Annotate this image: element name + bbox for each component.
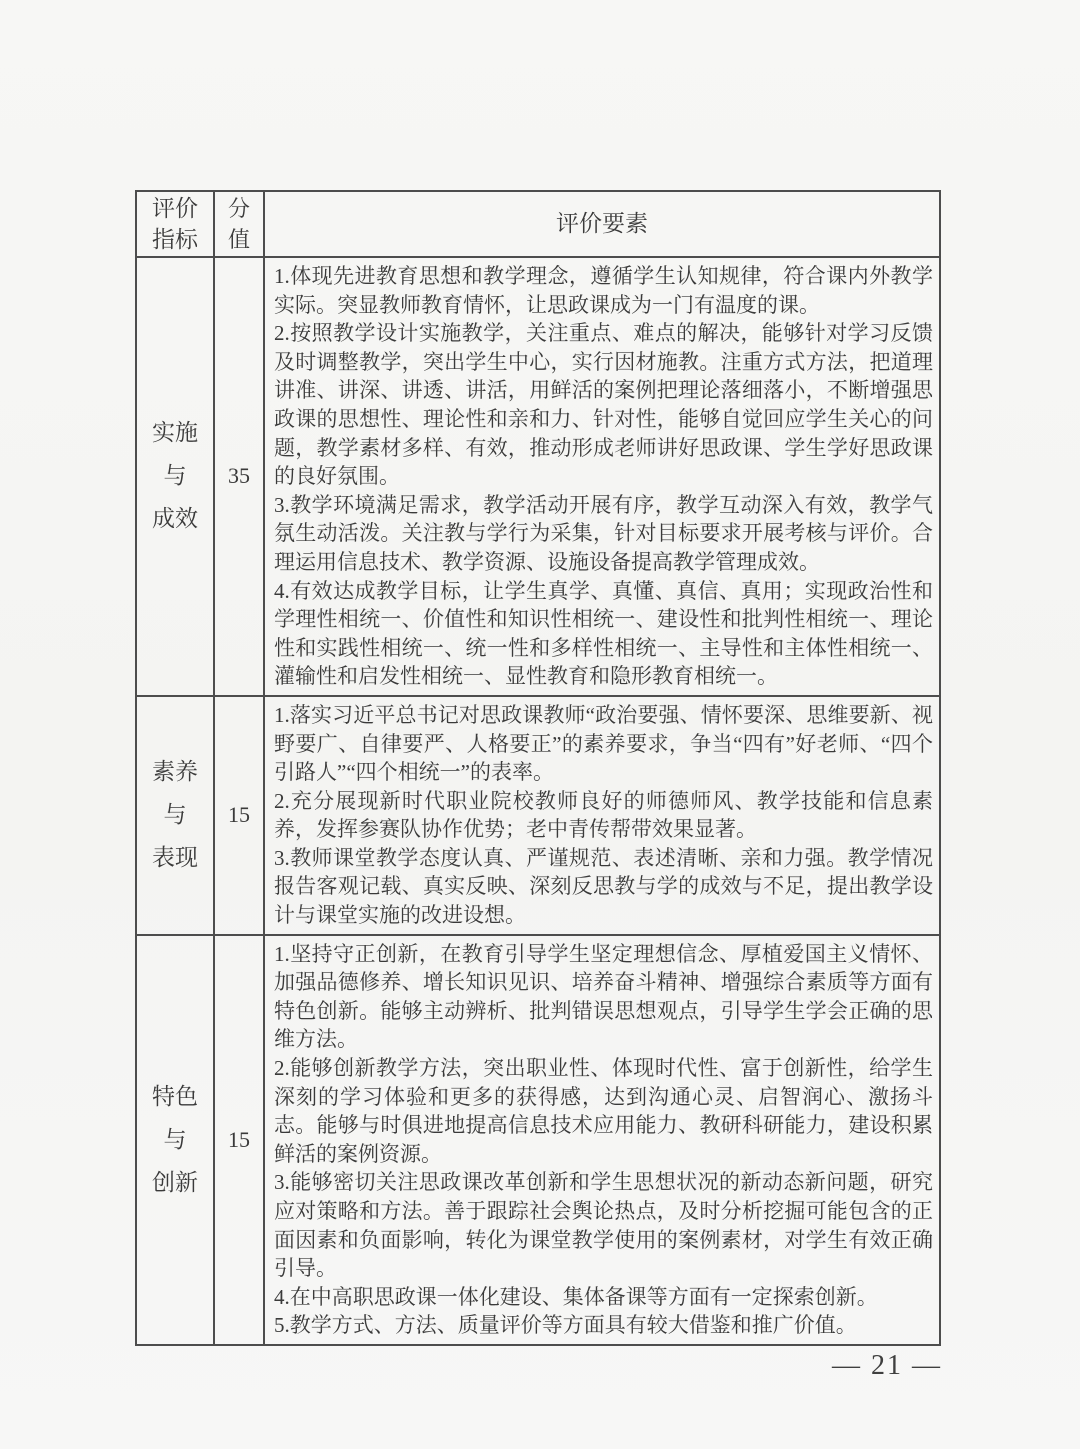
criteria-item: 5.教学方式、方法、质量评价等方面具有较大借鉴和推广价值。 (274, 1311, 933, 1340)
criteria-item: 3.教师课堂教学态度认真、严谨规范、表述清晰、亲和力强。教学情况报告客观记载、真… (274, 844, 933, 930)
criteria-item: 3.教学环境满足需求，教学活动开展有序，教学互动深入有效，教学气氛生动活泼。关注… (274, 491, 933, 577)
table-row: 素养 与 表现 15 1.落实习近平总书记对思政课教师“政治要强、情怀要深、思维… (137, 697, 939, 936)
indicator-line: 实施 (152, 418, 198, 448)
indicator-cell: 实施 与 成效 (137, 258, 215, 695)
page-number: — 21 — (832, 1350, 942, 1382)
header-cell-elements: 评价要素 (265, 192, 939, 256)
elements-cell: 1.体现先进教育思想和教学理念，遵循学生认知规律，符合课内外教学实际。突显教师教… (265, 258, 939, 695)
header-label-score: 分值 (227, 193, 251, 255)
criteria-item: 1.坚持守正创新，在教育引导学生坚定理想信念、厚植爱国主义情怀、加强品德修养、增… (274, 940, 933, 1054)
criteria-item: 1.体现先进教育思想和教学理念，遵循学生认知规律，符合课内外教学实际。突显教师教… (274, 262, 933, 319)
score-value: 15 (228, 802, 250, 828)
indicator-cell: 特色 与 创新 (137, 936, 215, 1344)
score-value: 15 (228, 1127, 250, 1153)
indicator-label: 特色 与 创新 (152, 1082, 198, 1198)
indicator-line: 与 (152, 461, 198, 491)
indicator-label: 素养 与 表现 (152, 757, 198, 873)
score-cell: 35 (215, 258, 265, 695)
criteria-item: 2.充分展现新时代职业院校教师良好的师德师风、教学技能和信息素养，发挥参赛队协作… (274, 787, 933, 844)
header-cell-indicator: 评价指标 (137, 192, 215, 256)
indicator-line: 创新 (152, 1168, 198, 1198)
elements-cell: 1.落实习近平总书记对思政课教师“政治要强、情怀要深、思维要新、视野要广、自律要… (265, 697, 939, 934)
indicator-line: 与 (152, 800, 198, 830)
indicator-label: 实施 与 成效 (152, 418, 198, 534)
header-label-elements: 评价要素 (556, 210, 648, 238)
criteria-item: 2.按照教学设计实施教学，关注重点、难点的解决，能够针对学习反馈及时调整教学，突… (274, 319, 933, 491)
score-cell: 15 (215, 697, 265, 934)
score-value: 35 (228, 463, 250, 489)
indicator-cell: 素养 与 表现 (137, 697, 215, 934)
indicator-line: 成效 (152, 504, 198, 534)
table-row: 特色 与 创新 15 1.坚持守正创新，在教育引导学生坚定理想信念、厚植爱国主义… (137, 936, 939, 1344)
criteria-item: 3.能够密切关注思政课改革创新和学生思想状况的新动态新问题，研究应对策略和方法。… (274, 1168, 933, 1282)
criteria-item: 4.在中高职思政课一体化建设、集体备课等方面有一定探索创新。 (274, 1283, 933, 1312)
elements-cell: 1.坚持守正创新，在教育引导学生坚定理想信念、厚植爱国主义情怀、加强品德修养、增… (265, 936, 939, 1344)
criteria-item: 2.能够创新教学方法，突出职业性、体现时代性、富于创新性，给学生深刻的学习体验和… (274, 1054, 933, 1168)
indicator-line: 素养 (152, 757, 198, 787)
score-cell: 15 (215, 936, 265, 1344)
criteria-item: 4.有效达成教学目标，让学生真学、真懂、真信、真用；实现政治性和学理性相统一、价… (274, 577, 933, 691)
table-row: 实施 与 成效 35 1.体现先进教育思想和教学理念，遵循学生认知规律，符合课内… (137, 258, 939, 697)
indicator-line: 表现 (152, 843, 198, 873)
scanned-document-page: 评价指标 分值 评价要素 实施 与 成效 35 1.体现先进教育思想 (0, 0, 1080, 1449)
table-header-row: 评价指标 分值 评价要素 (137, 192, 939, 258)
indicator-line: 特色 (152, 1082, 198, 1112)
indicator-line: 与 (152, 1125, 198, 1155)
criteria-item: 1.落实习近平总书记对思政课教师“政治要强、情怀要深、思维要新、视野要广、自律要… (274, 701, 933, 787)
header-label-indicator: 评价指标 (151, 193, 199, 255)
evaluation-criteria-table: 评价指标 分值 评价要素 实施 与 成效 35 1.体现先进教育思想 (135, 190, 941, 1346)
header-cell-score: 分值 (215, 192, 265, 256)
